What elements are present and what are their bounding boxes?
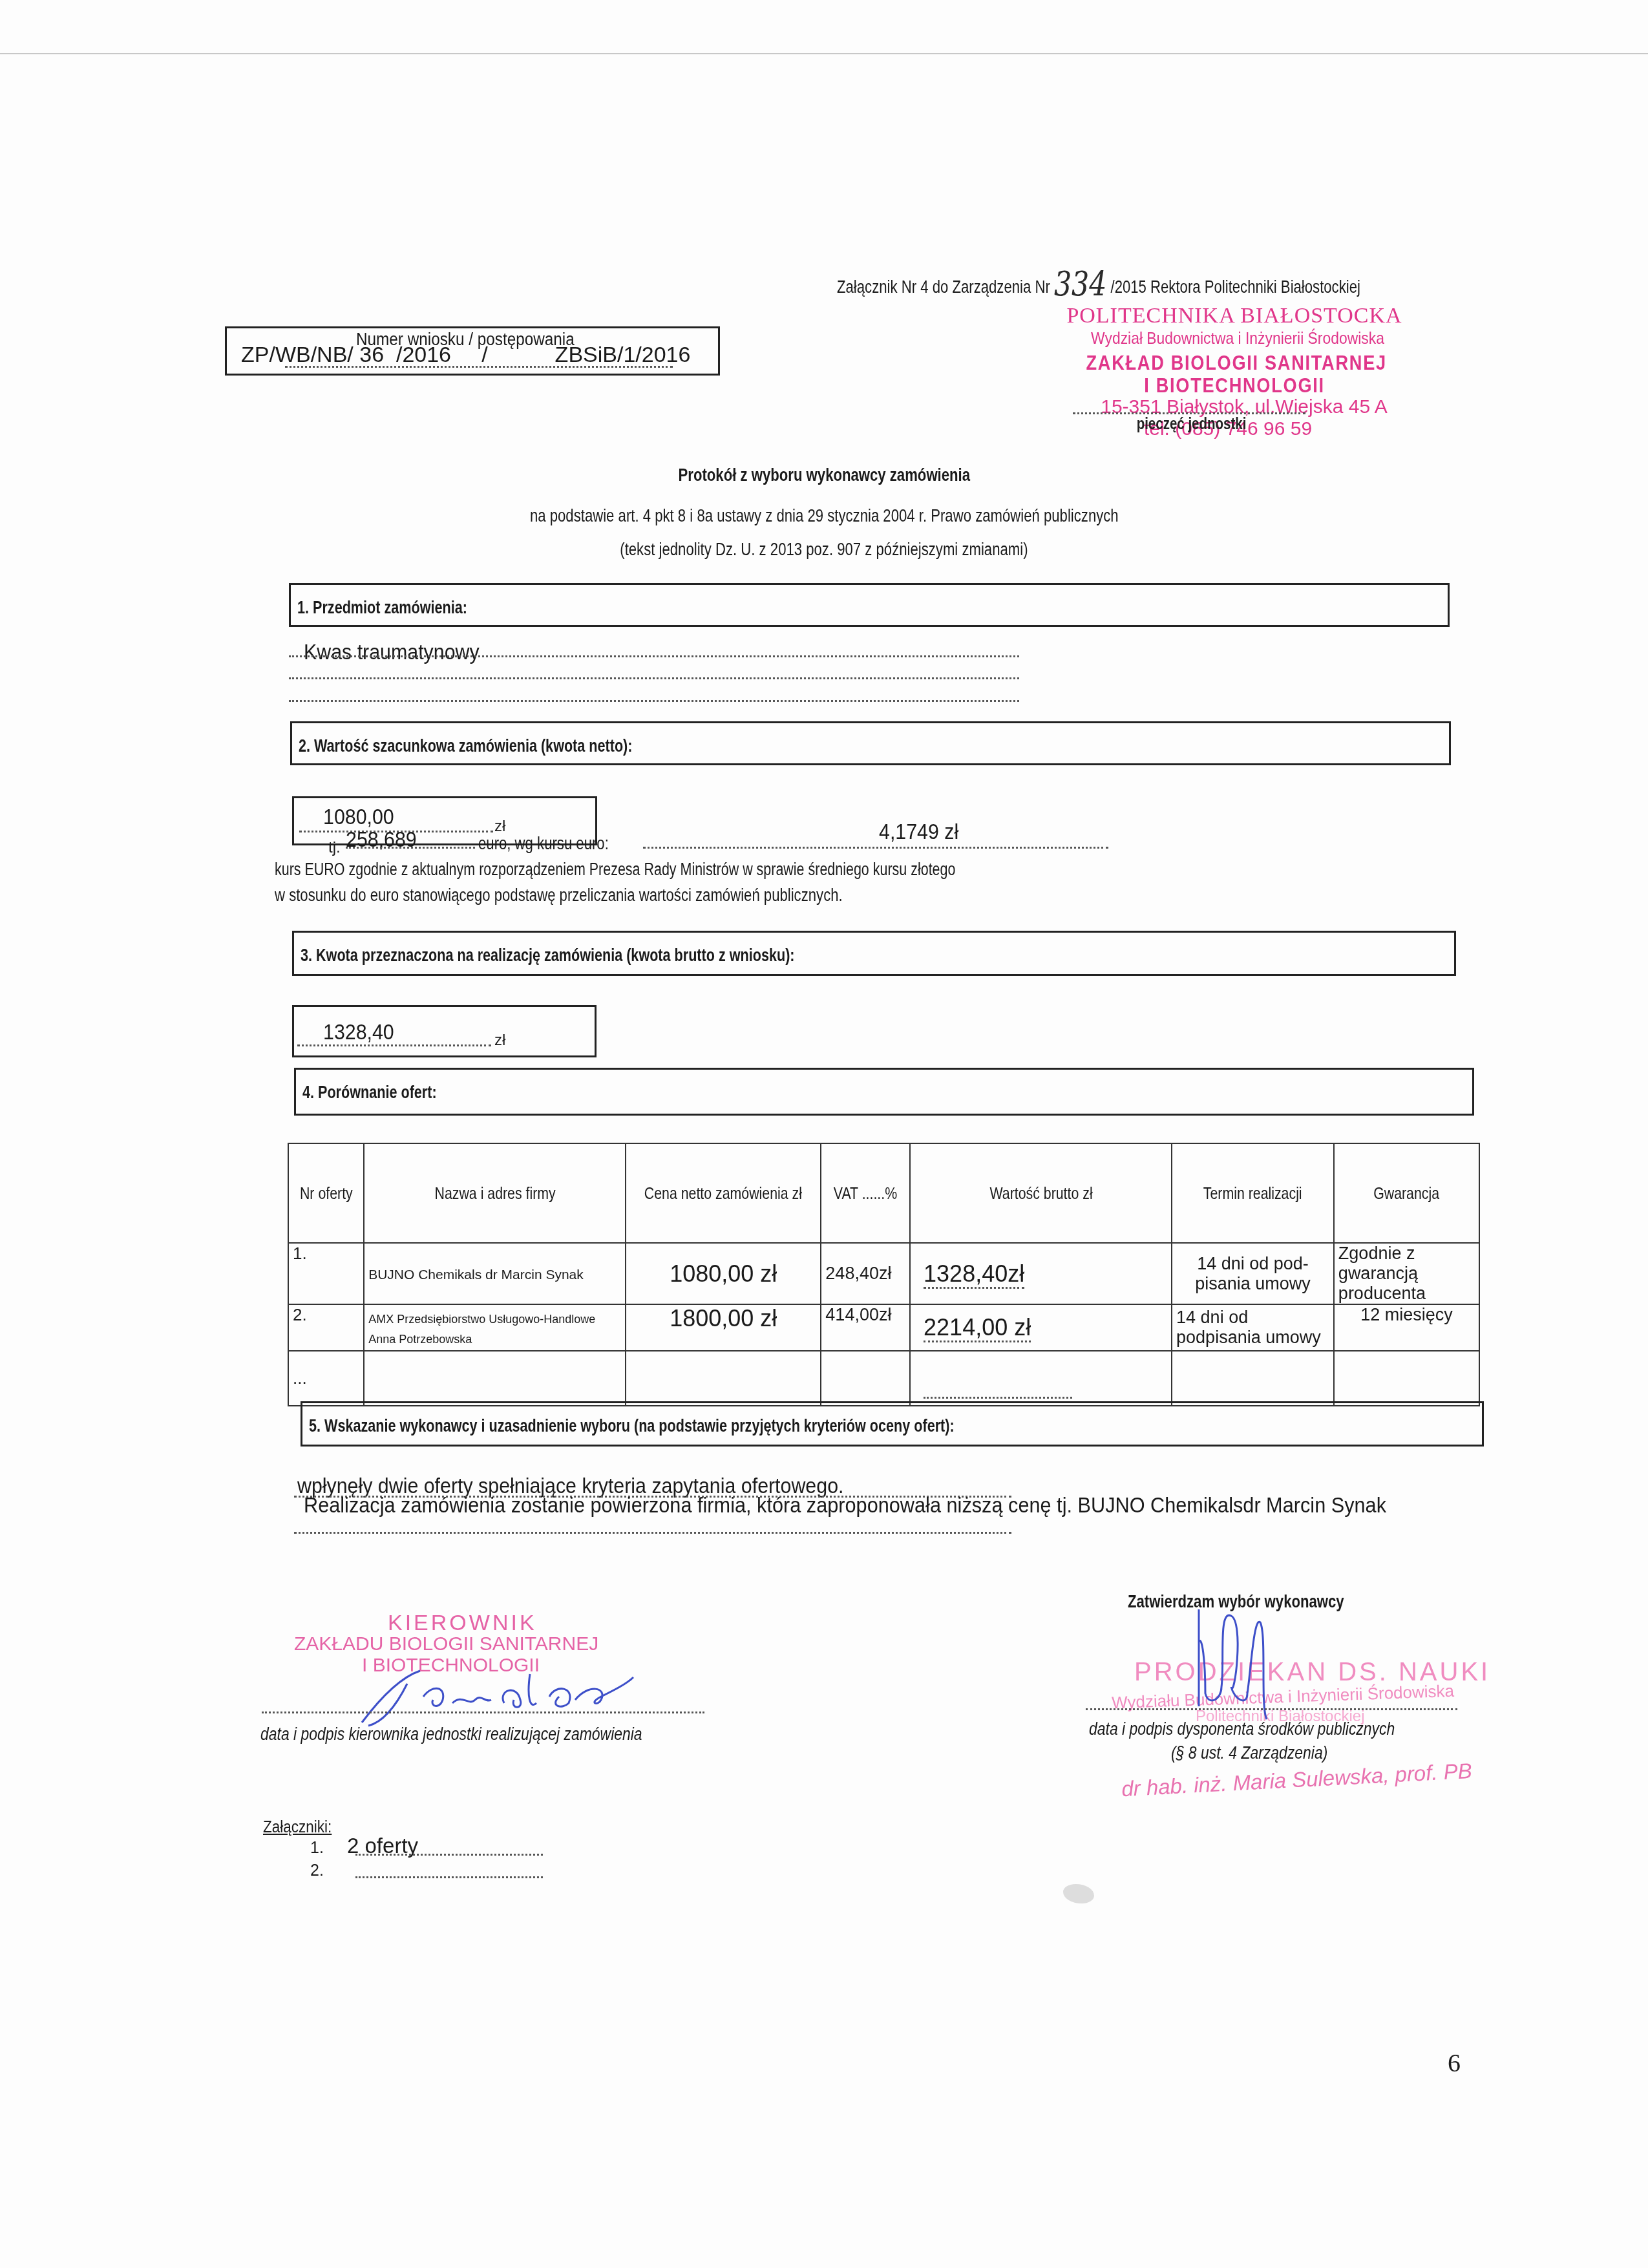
dotted-fill-line	[643, 847, 1108, 849]
warranty: 12 miesięcy	[1360, 1305, 1453, 1324]
handwritten-regulation-number: 334	[1054, 265, 1106, 304]
section-2-header: 2. Wartość szacunkowa zamówienia (kwota …	[290, 721, 1451, 765]
dotted-fill-line	[285, 366, 673, 368]
reference-suffix: /2015 Rektora Politechniki Białostockiej	[1110, 277, 1360, 297]
gross-budget-box: 1328,40 zł	[292, 1005, 597, 1057]
dotted-fill-line	[346, 847, 475, 849]
legal-reference-text: (tekst jednolity Dz. U. z 2013 poz. 907 …	[620, 540, 1028, 560]
unit-stamp-label: pieczęć jednostki	[1137, 415, 1247, 434]
table-header-row: Nr oferty Nazwa i adres firmy Cena netto…	[288, 1143, 1479, 1243]
column-header: Termin realizacji	[1172, 1143, 1334, 1243]
section-4-header: 4. Porównanie ofert:	[294, 1068, 1474, 1116]
section-4-heading: 4. Porównanie ofert:	[302, 1083, 437, 1103]
exchange-rate-value: 4,1749 zł	[879, 820, 958, 844]
vat-amount: 248,40zł	[825, 1264, 891, 1283]
section-5-header: 5. Wskazanie wykonawcy i uzasadnienie wy…	[301, 1401, 1484, 1447]
head-of-unit-signature	[304, 1671, 717, 1729]
dotted-fill-line	[355, 1854, 543, 1856]
offer-number: 1.	[288, 1243, 364, 1304]
exchange-rate-note-2: w stosunku do euro stanowiącego podstawę…	[275, 885, 843, 906]
reference-prefix: Załącznik Nr 4 do Zarządzenia Nr	[837, 277, 1050, 297]
column-header: Nazwa i adres firmy	[364, 1143, 626, 1243]
legal-basis: na podstawie art. 4 pkt 8 i 8a ustawy z …	[0, 506, 1648, 526]
signature-dotted-line	[1086, 1708, 1457, 1710]
warranty: Zgodnie z gwarancją producenta	[1338, 1244, 1426, 1303]
stamp-line: I BIOTECHNOLOGII	[1086, 374, 1383, 397]
approver-caption: data i podpis dysponenta środków publicz…	[1089, 1719, 1395, 1739]
approver-name-stamp: dr hab. inż. Maria Sulewska, prof. PB	[1121, 1759, 1472, 1801]
legal-reference: (tekst jednolity Dz. U. z 2013 poz. 907 …	[0, 540, 1648, 560]
column-header: Gwarancja	[1334, 1143, 1479, 1243]
application-number-box: Numer wniosku / postępowania ZP/WB/NB/ 3…	[225, 326, 720, 376]
dotted-fill-line	[294, 1532, 1011, 1534]
section-3-heading: 3. Kwota przeznaczona na realizację zamó…	[301, 946, 795, 966]
head-of-unit-caption: data i podpis kierownika jednostki reali…	[260, 1724, 642, 1744]
dotted-fill-line	[289, 677, 1019, 679]
column-header: Cena netto zamówienia zł	[626, 1143, 821, 1243]
table-row: 2. AMX Przedsiębiorstwo Usługowo-Handlow…	[288, 1304, 1479, 1351]
signature-dotted-line	[262, 1712, 704, 1713]
attachment-number: 2.	[310, 1861, 324, 1880]
net-price: 1800,00 zł	[670, 1305, 777, 1331]
section-3-header: 3. Kwota przeznaczona na realizację zamó…	[292, 931, 1456, 976]
offer-number: ...	[288, 1351, 364, 1406]
stamp-line: ZAKŁADU BIOLOGII SANITARNEJ	[294, 1633, 598, 1655]
scan-edge-line	[0, 53, 1648, 54]
firm-name: BUJNO Chemikals dr Marcin Synak	[368, 1267, 584, 1282]
net-value-pln: 1080,00	[323, 805, 394, 829]
gross-budget-value: 1328,40	[323, 1020, 394, 1044]
approver-caption-reference: (§ 8 ust. 4 Zarządzenia)	[1171, 1743, 1327, 1763]
attachments-heading: Załączniki:	[263, 1818, 332, 1837]
dotted-fill-line	[289, 655, 1019, 657]
vat-amount	[821, 1351, 910, 1406]
application-number-value: ZP/WB/NB/ 36 /2016 / ZBSiB/1/2016	[241, 343, 690, 368]
table-row: 1. BUJNO Chemikals dr Marcin Synak 1080,…	[288, 1243, 1479, 1304]
firm-name: AMX Przedsiębiorstwo Usługowo-Handlowe A…	[368, 1313, 595, 1346]
scan-smudge	[1063, 1884, 1094, 1903]
euro-rate-label: euro, wg kursu euro:	[478, 834, 609, 854]
currency-label: zł	[494, 818, 505, 836]
column-header: Nr oferty	[288, 1143, 364, 1243]
table-row: ...	[288, 1351, 1479, 1406]
document-title: Protokół z wyboru wykonawcy zamówienia	[0, 465, 1648, 485]
exchange-rate-note-1: kurs EURO zgodnie z aktualnym rozporządz…	[275, 860, 955, 880]
stamp-line: Wydział Budownictwa i Inżynierii Środowi…	[1084, 328, 1391, 348]
title-text: Protokół z wyboru wykonawcy zamówienia	[678, 465, 970, 485]
stamp-dotted-line	[1073, 412, 1305, 414]
dotted-fill-line	[355, 1876, 543, 1878]
delivery-term: 14 dni od pod-pisania umowy	[1195, 1254, 1311, 1293]
attachment-reference: Załącznik Nr 4 do Zarządzenia Nr 334 /20…	[837, 265, 1360, 304]
firm-name	[364, 1351, 626, 1406]
legal-basis-text: na podstawie art. 4 pkt 8 i 8a ustawy z …	[530, 506, 1119, 526]
dotted-fill-line	[297, 1044, 491, 1046]
gross-value: 2214,00 zł	[924, 1314, 1031, 1342]
column-header: Wartość brutto zł	[910, 1143, 1172, 1243]
offers-comparison-table: Nr oferty Nazwa i adres firmy Cena netto…	[288, 1143, 1480, 1406]
dotted-fill-line	[924, 1397, 1072, 1399]
stamp-line: ZAKŁAD BIOLOGII SANITARNEJ	[1086, 351, 1383, 375]
delivery-term	[1172, 1351, 1334, 1406]
stamp-line: KIEROWNIK	[388, 1611, 537, 1636]
section-2-heading: 2. Wartość szacunkowa zamówienia (kwota …	[299, 736, 633, 756]
offer-number: 2.	[288, 1304, 364, 1351]
justification-line-2: Realizacja zamówienia zostanie powierzon…	[304, 1493, 1386, 1518]
attachment-number: 1.	[310, 1839, 324, 1858]
warranty	[1334, 1351, 1479, 1406]
net-price: 1080,00 zł	[670, 1260, 777, 1287]
net-price	[626, 1351, 821, 1406]
approver-signature	[1196, 1609, 1338, 1719]
vat-amount: 414,00zł	[825, 1305, 891, 1324]
column-header: VAT ......%	[821, 1143, 910, 1243]
stamp-line: POLITECHNIKA BIAŁOSTOCKA	[1060, 304, 1409, 328]
section-1-header: 1. Przedmiot zamówienia:	[289, 583, 1450, 627]
gross-value: 1328,40zł	[924, 1260, 1024, 1289]
delivery-term: 14 dni od podpisania umowy	[1176, 1308, 1321, 1347]
page-number: 6	[1448, 2048, 1461, 2078]
dotted-fill-line	[289, 700, 1019, 702]
section-1-heading: 1. Przedmiot zamówienia:	[297, 598, 467, 618]
tj-label: tj.	[328, 839, 341, 857]
order-subject-value: Kwas traumatynowy	[304, 640, 480, 664]
currency-label: zł	[494, 1032, 505, 1050]
section-5-heading: 5. Wskazanie wykonawcy i uzasadnienie wy…	[309, 1416, 955, 1436]
